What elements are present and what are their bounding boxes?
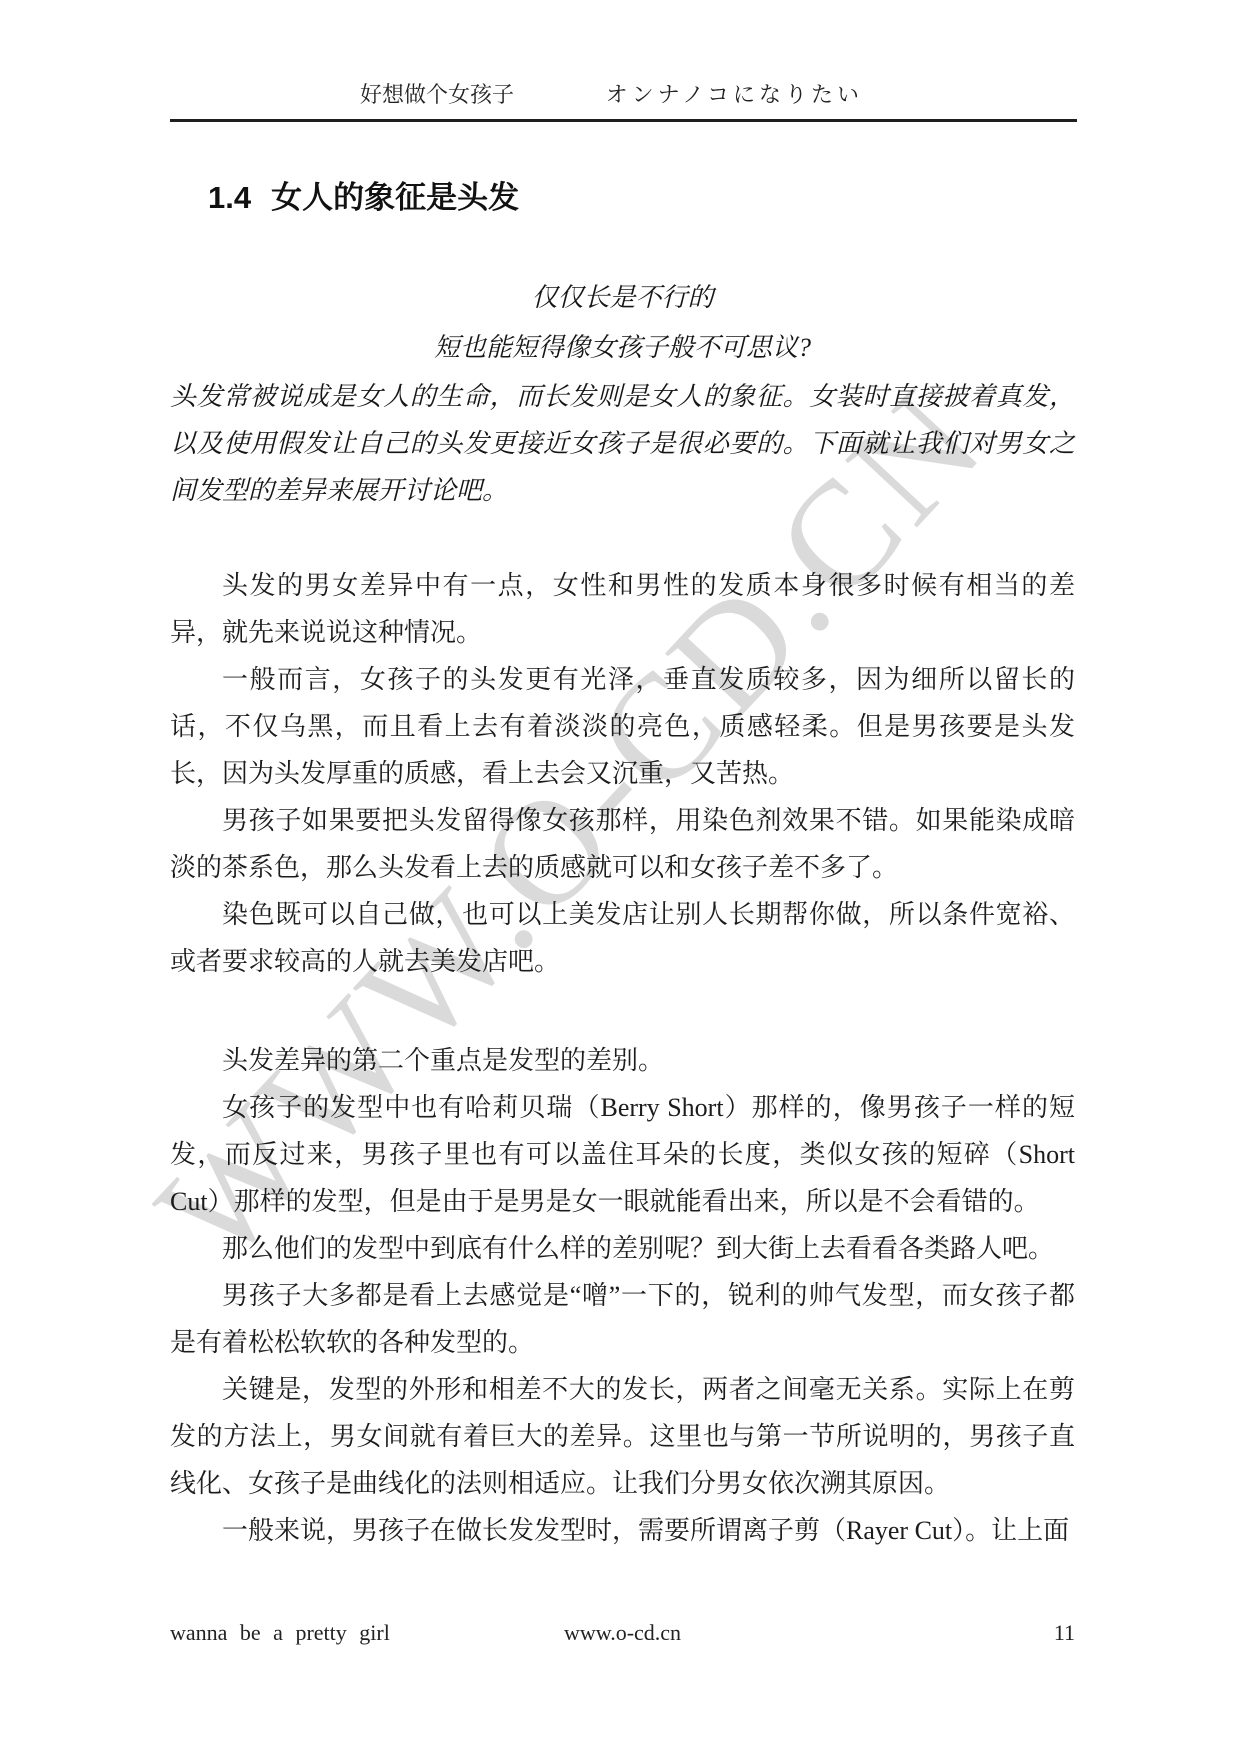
epigraph-line-1: 仅仅长是不行的 (170, 273, 1075, 323)
page-footer: wanna be a pretty girl www.o-cd.cn 11 (170, 1620, 1075, 1646)
footer-site-url: www.o-cd.cn (472, 1620, 774, 1646)
epigraph: 仅仅长是不行的 短也能短得像女孩子般不可思议? (170, 273, 1075, 373)
header-book-title-chinese: 好想做个女孩子 (360, 78, 514, 109)
body-paragraph: 男孩子如果要把头发留得像女孩那样，用染色剂效果不错。如果能染成暗淡的茶系色，那么… (170, 797, 1075, 891)
section-number: 1.4 (208, 180, 251, 215)
section-heading: 1.4女人的象征是头发 (208, 172, 1075, 217)
body-paragraph: 头发差异的第二个重点是发型的差别。 (170, 1037, 1075, 1084)
body-text: 头发常被说成是女人的生命，而长发则是女人的象征。女装时直接披着真发，以及使用假发… (170, 373, 1075, 1554)
body-paragraph: 染色既可以自己做，也可以上美发店让别人长期帮你做，所以条件宽裕、或者要求较高的人… (170, 891, 1075, 985)
page-content: 好想做个女孩子 オンナノコになりたい 1.4女人的象征是头发 仅仅长是不行的 短… (0, 78, 1241, 1554)
epigraph-line-2: 短也能短得像女孩子般不可思议? (170, 323, 1075, 373)
section-title: 女人的象征是头发 (271, 180, 519, 215)
header-divider-line (170, 119, 1077, 122)
document-page: WWW.O-CD.CN 好想做个女孩子 オンナノコになりたい 1.4女人的象征是… (0, 0, 1241, 1755)
body-paragraph: 那么他们的发型中到底有什么样的差别呢？到大街上去看看各类路人吧。 (170, 1225, 1075, 1272)
footer-book-title-english: wanna be a pretty girl (170, 1620, 472, 1646)
body-paragraph: 女孩子的发型中也有哈莉贝瑞（Berry Short）那样的，像男孩子一样的短发，… (170, 1084, 1075, 1225)
footer-page-number: 11 (773, 1620, 1075, 1646)
intro-paragraph: 头发常被说成是女人的生命，而长发则是女人的象征。女装时直接披着真发，以及使用假发… (170, 373, 1075, 514)
page-header: 好想做个女孩子 オンナノコになりたい (0, 78, 1241, 109)
header-book-title-japanese: オンナノコになりたい (606, 78, 863, 109)
body-paragraph: 一般而言，女孩子的头发更有光泽，垂直发质较多，因为细所以留长的话，不仅乌黑，而且… (170, 656, 1075, 797)
body-paragraph: 男孩子大多都是看上去感觉是“噌”一下的，锐利的帅气发型，而女孩子都是有着松松软软… (170, 1272, 1075, 1366)
body-paragraph: 一般来说，男孩子在做长发发型时，需要所谓离子剪（Rayer Cut）。让上面 (170, 1507, 1075, 1554)
body-paragraph: 关键是，发型的外形和相差不大的发长，两者之间毫无关系。实际上在剪发的方法上，男女… (170, 1366, 1075, 1507)
body-paragraph: 头发的男女差异中有一点，女性和男性的发质本身很多时候有相当的差异，就先来说说这种… (170, 562, 1075, 656)
